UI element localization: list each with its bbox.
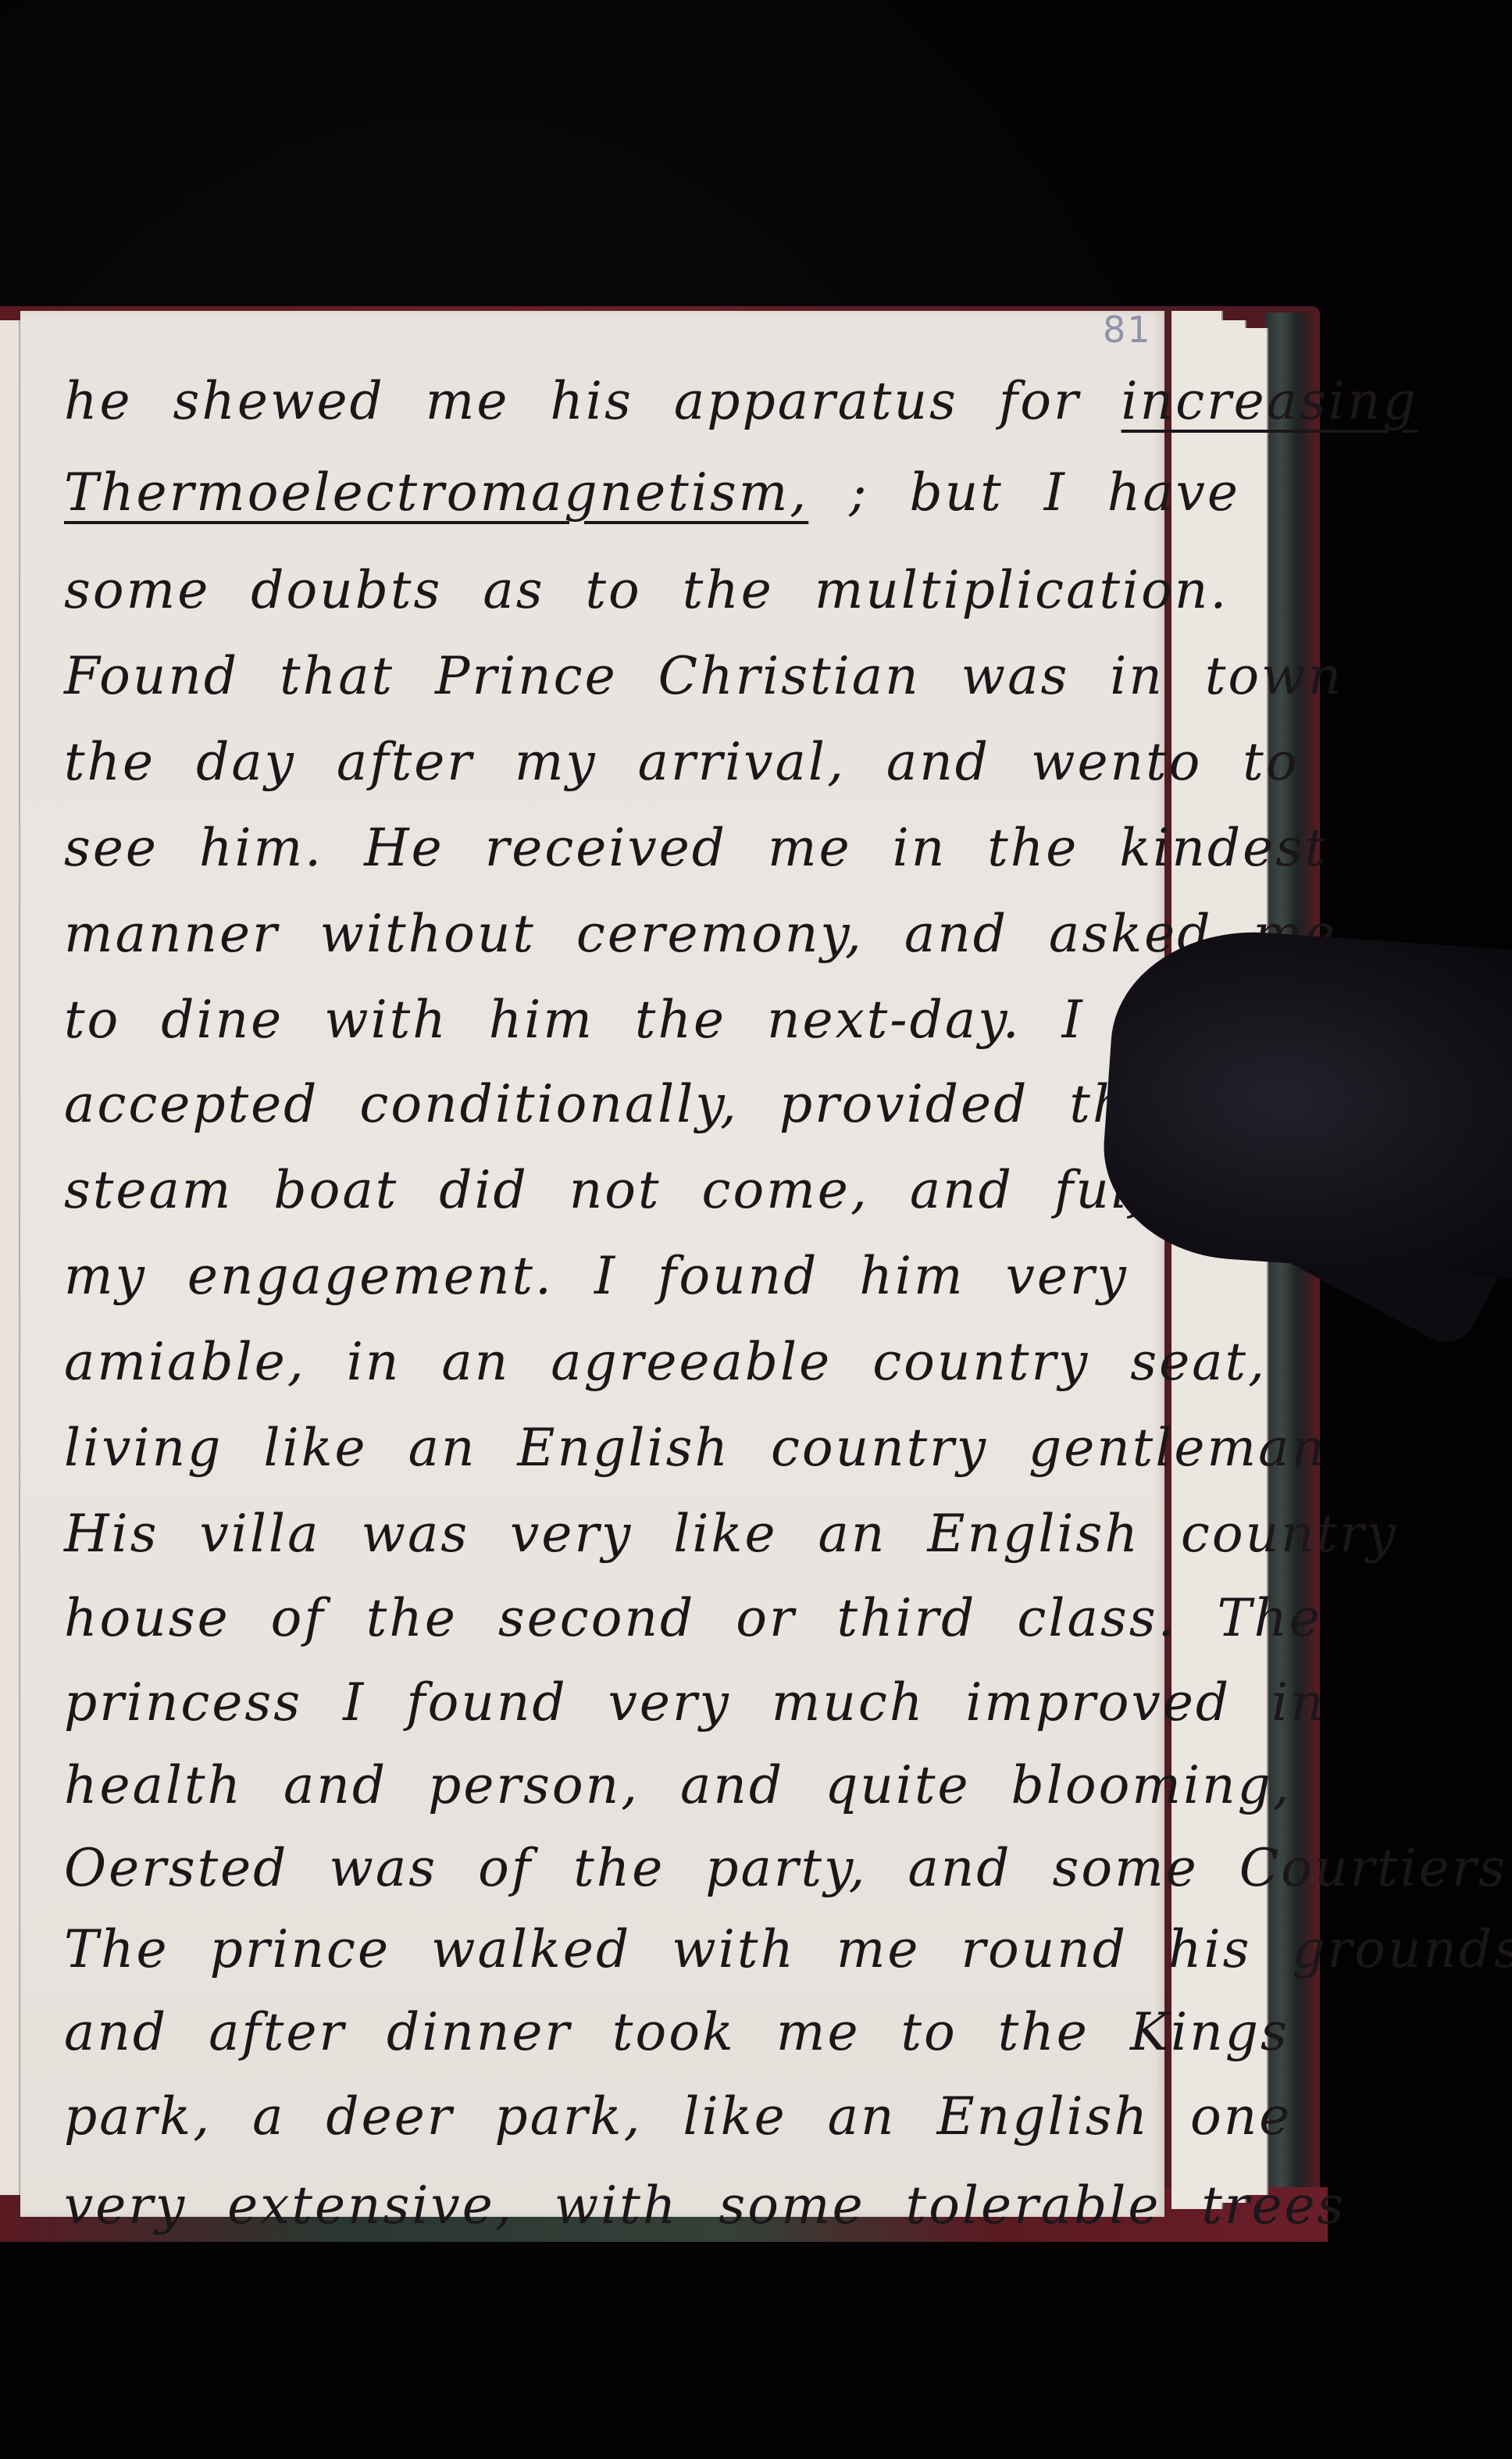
text-line-3: some doubts as to the multiplication. <box>64 560 1228 620</box>
text-line-18: Oersted was of the party, and some Court… <box>64 1838 1507 1898</box>
text-line-15: house of the second or third class. The <box>64 1588 1322 1648</box>
text-line-10: steam boat did not come, and fulfilled <box>64 1160 1276 1220</box>
text-line-16: princess I found very much improved in <box>64 1672 1326 1733</box>
text-line-7: manner without ceremony, and asked me <box>64 904 1337 964</box>
text-line-19: The prince walked with me round his grou… <box>64 1919 1512 1979</box>
facing-page-edge <box>0 320 20 2195</box>
text-line-11: my engagement. I found him very <box>64 1246 1129 1306</box>
text-line-14: His villa was very like an English count… <box>64 1504 1398 1564</box>
text-line-20: and after dinner took me to the Kings <box>64 2002 1289 2062</box>
text-line-21: park, a deer park, like an English one <box>64 2086 1292 2147</box>
text-line-12: amiable, in an agreeable country seat, <box>64 1332 1267 1392</box>
text-line-5: the day after my arrival, and wento to <box>64 732 1300 792</box>
text-line-6: see him. He received me in the kindest <box>64 818 1328 878</box>
text-line-17: health and person, and quite blooming, <box>64 1755 1292 1815</box>
text-line-9: accepted conditionally, provided the <box>64 1074 1161 1134</box>
gloved-finger-holding-page <box>1097 923 1512 1280</box>
text-line-8: to dine with him the next-day. I <box>64 990 1085 1050</box>
text-line-1: he shewed me his apparatus for increasin… <box>64 371 1418 431</box>
folio-number: 81 <box>1103 309 1152 351</box>
text-line-22: very extensive, with some tolerable tree… <box>64 2175 1346 2236</box>
text-line-2: Thermoelectromagnetism, ; but I have <box>64 462 1240 523</box>
text-line-4: Found that Prince Christian was in town <box>64 646 1343 706</box>
text-line-13: living like an English country gentleman <box>64 1418 1327 1478</box>
